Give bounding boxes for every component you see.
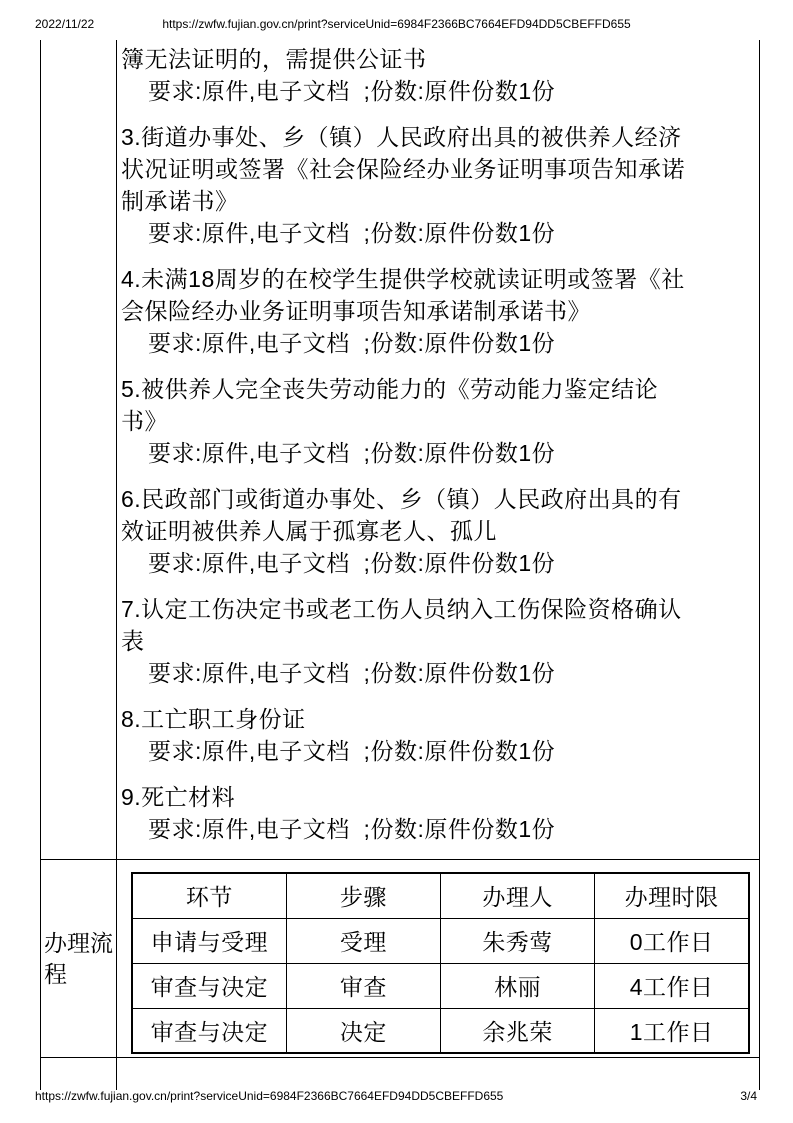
materials-label-cell <box>40 40 117 859</box>
flow-row: 办理流程 环节 步骤 办理人 办理时限 申请与受理 受理 朱秀莺 0工作日 <box>40 860 760 1058</box>
material-item: 9.死亡材料 要求:原件,电子文档 ;份数:原件份数1份 <box>121 781 753 845</box>
flow-cell: 4工作日 <box>595 963 749 1008</box>
flow-label: 办理流程 <box>44 928 116 990</box>
flow-table-row: 申请与受理 受理 朱秀莺 0工作日 <box>132 918 749 963</box>
materials-row: 簿无法证明的，需提供公证书 要求:原件,电子文档 ;份数:原件份数1份 3.街道… <box>40 40 760 860</box>
material-line: 7.认定工伤决定书或老工伤人员纳入工伤保险资格确认 <box>121 593 753 625</box>
flow-table: 环节 步骤 办理人 办理时限 申请与受理 受理 朱秀莺 0工作日 审查与决定 审… <box>131 872 750 1054</box>
material-line: 5.被供养人完全丧失劳动能力的《劳动能力鉴定结论 <box>121 373 753 405</box>
material-requirement: 要求:原件,电子文档 ;份数:原件份数1份 <box>121 75 753 107</box>
flow-content-cell: 环节 步骤 办理人 办理时限 申请与受理 受理 朱秀莺 0工作日 审查与决定 审… <box>117 860 760 1057</box>
flow-cell: 林丽 <box>441 963 595 1008</box>
material-line: 3.街道办事处、乡（镇）人民政府出具的被供养人经济 <box>121 121 753 153</box>
flow-header-cell: 步骤 <box>286 873 440 918</box>
material-item: 4.未满18周岁的在校学生提供学校就读证明或签署《社 会保险经办业务证明事项告知… <box>121 263 753 359</box>
flow-header-cell: 办理时限 <box>595 873 749 918</box>
next-row-label-cell <box>40 1058 117 1090</box>
material-item: 3.街道办事处、乡（镇）人民政府出具的被供养人经济 状况证明或签署《社会保险经办… <box>121 121 753 249</box>
print-footer-url: https://zwfw.fujian.gov.cn/print?service… <box>35 1089 503 1103</box>
material-line: 效证明被供养人属于孤寡老人、孤儿 <box>121 515 753 547</box>
flow-cell: 朱秀莺 <box>441 918 595 963</box>
flow-cell: 0工作日 <box>595 918 749 963</box>
print-date: 2022/11/22 <box>35 17 94 31</box>
flow-cell: 受理 <box>286 918 440 963</box>
material-line: 簿无法证明的，需提供公证书 <box>121 43 753 75</box>
materials-content-cell: 簿无法证明的，需提供公证书 要求:原件,电子文档 ;份数:原件份数1份 3.街道… <box>117 40 760 859</box>
flow-table-row: 审查与决定 决定 余兆荣 1工作日 <box>132 1008 749 1053</box>
material-line: 8.工亡职工身份证 <box>121 703 753 735</box>
flow-cell: 审查与决定 <box>132 963 286 1008</box>
document-table: 簿无法证明的，需提供公证书 要求:原件,电子文档 ;份数:原件份数1份 3.街道… <box>40 40 760 1090</box>
material-line: 6.民政部门或街道办事处、乡（镇）人民政府出具的有 <box>121 483 753 515</box>
flow-cell: 审查 <box>286 963 440 1008</box>
material-requirement: 要求:原件,电子文档 ;份数:原件份数1份 <box>121 437 753 469</box>
flow-table-header-row: 环节 步骤 办理人 办理时限 <box>132 873 749 918</box>
material-requirement: 要求:原件,电子文档 ;份数:原件份数1份 <box>121 657 753 689</box>
material-line: 表 <box>121 625 753 657</box>
flow-cell: 余兆荣 <box>441 1008 595 1053</box>
material-item: 7.认定工伤决定书或老工伤人员纳入工伤保险资格确认 表 要求:原件,电子文档 ;… <box>121 593 753 689</box>
material-line: 9.死亡材料 <box>121 781 753 813</box>
print-footer: https://zwfw.fujian.gov.cn/print?service… <box>35 1089 757 1103</box>
print-header-url: https://zwfw.fujian.gov.cn/print?service… <box>0 17 793 31</box>
material-requirement: 要求:原件,电子文档 ;份数:原件份数1份 <box>121 547 753 579</box>
flow-header-cell: 办理人 <box>441 873 595 918</box>
flow-label-cell: 办理流程 <box>40 860 117 1057</box>
flow-cell: 审查与决定 <box>132 1008 286 1053</box>
flow-cell: 决定 <box>286 1008 440 1053</box>
material-line: 制承诺书》 <box>121 185 753 217</box>
material-requirement: 要求:原件,电子文档 ;份数:原件份数1份 <box>121 327 753 359</box>
flow-header-cell: 环节 <box>132 873 286 918</box>
material-item: 6.民政部门或街道办事处、乡（镇）人民政府出具的有 效证明被供养人属于孤寡老人、… <box>121 483 753 579</box>
material-line: 状况证明或签署《社会保险经办业务证明事项告知承诺 <box>121 153 753 185</box>
flow-table-row: 审查与决定 审查 林丽 4工作日 <box>132 963 749 1008</box>
material-item-continued: 簿无法证明的，需提供公证书 要求:原件,电子文档 ;份数:原件份数1份 <box>121 43 753 107</box>
next-row-continuation <box>40 1058 760 1090</box>
material-line: 4.未满18周岁的在校学生提供学校就读证明或签署《社 <box>121 263 753 295</box>
material-item: 8.工亡职工身份证 要求:原件,电子文档 ;份数:原件份数1份 <box>121 703 753 767</box>
material-requirement: 要求:原件,电子文档 ;份数:原件份数1份 <box>121 217 753 249</box>
material-item: 5.被供养人完全丧失劳动能力的《劳动能力鉴定结论 书》 要求:原件,电子文档 ;… <box>121 373 753 469</box>
next-row-content-cell <box>117 1058 760 1090</box>
materials-list: 簿无法证明的，需提供公证书 要求:原件,电子文档 ;份数:原件份数1份 3.街道… <box>117 40 759 845</box>
material-requirement: 要求:原件,电子文档 ;份数:原件份数1份 <box>121 813 753 845</box>
print-header: 2022/11/22 https://zwfw.fujian.gov.cn/pr… <box>0 17 793 31</box>
material-line: 会保险经办业务证明事项告知承诺制承诺书》 <box>121 295 753 327</box>
flow-cell: 申请与受理 <box>132 918 286 963</box>
page-number: 3/4 <box>740 1089 757 1103</box>
flow-cell: 1工作日 <box>595 1008 749 1053</box>
material-line: 书》 <box>121 405 753 437</box>
material-requirement: 要求:原件,电子文档 ;份数:原件份数1份 <box>121 735 753 767</box>
